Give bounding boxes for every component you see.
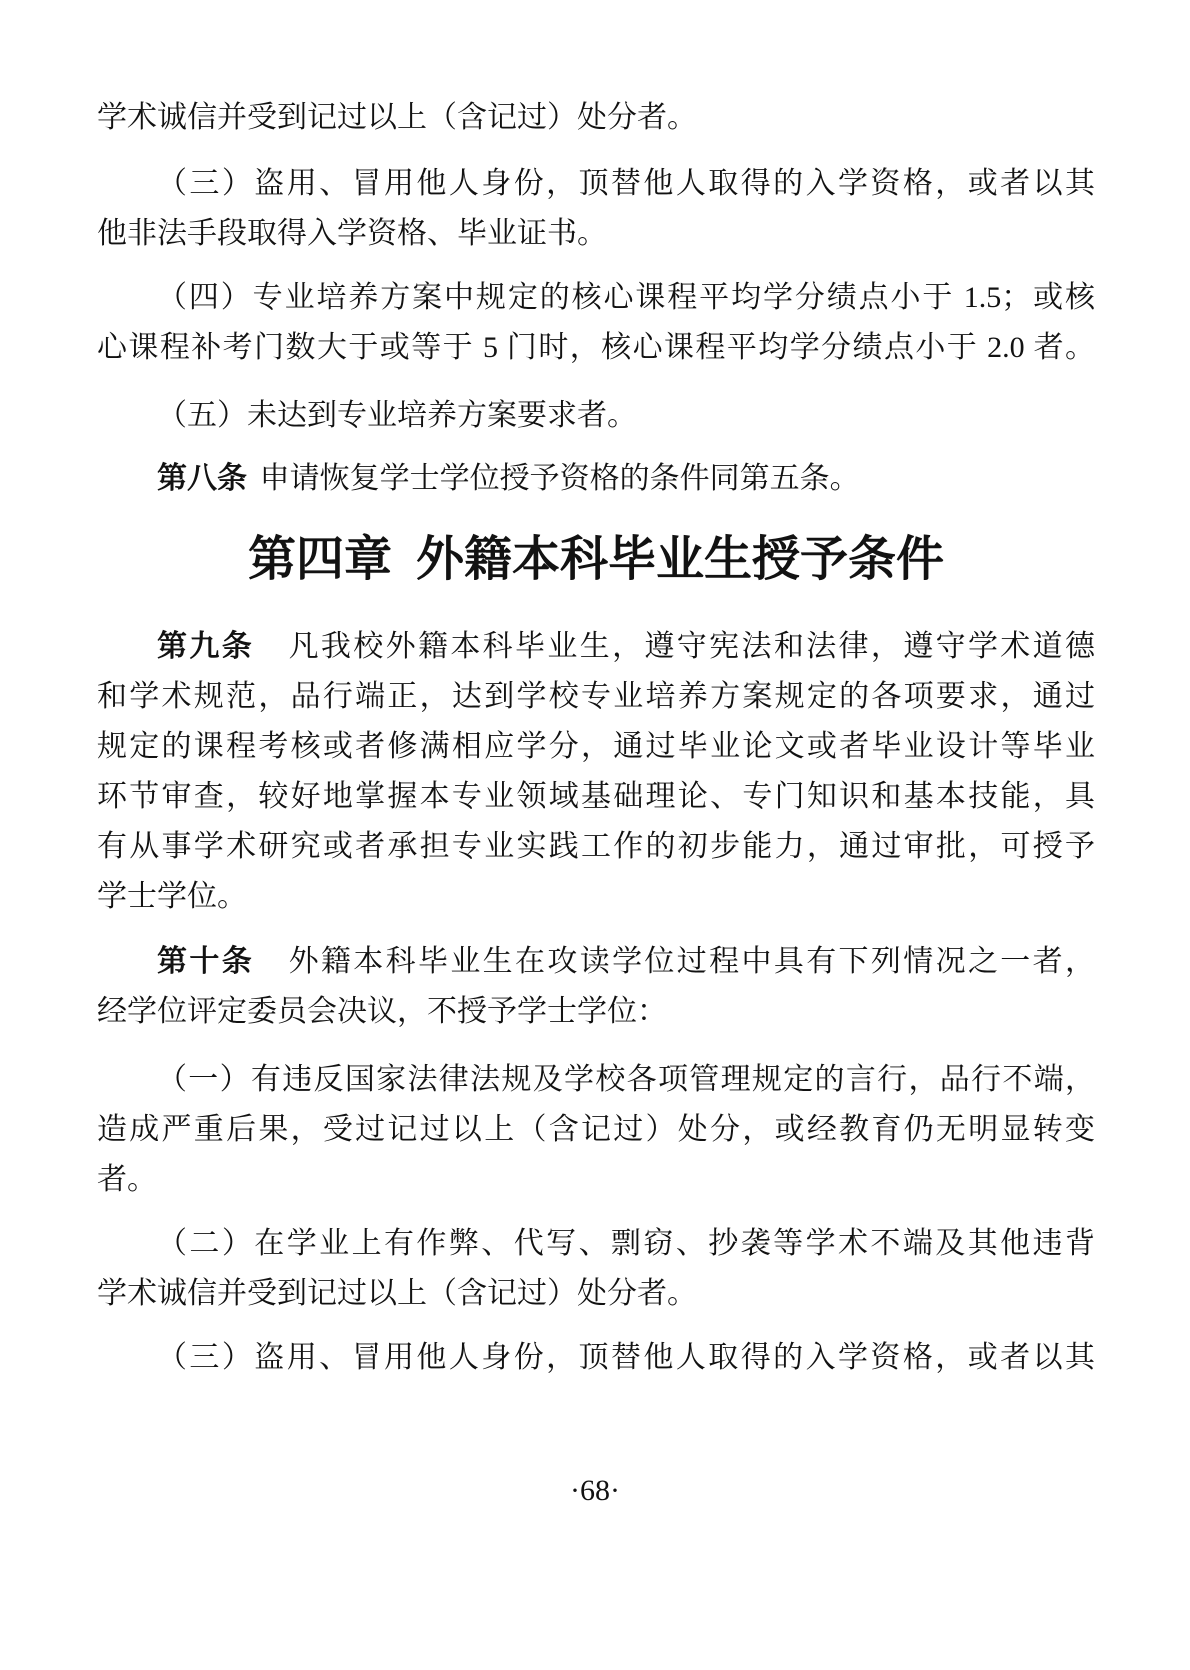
paragraph-line: 第十条外籍本科毕业生在攻读学位过程中具有下列情况之一者，: [97, 937, 1095, 987]
article-label: 第九条: [157, 630, 254, 663]
paragraph-line: （三）盗用、冒用他人身份，顶替他人取得的入学资格，或者以其: [97, 159, 1095, 209]
document-page: 学术诚信并受到记过以上（含记过）处分者。 （三）盗用、冒用他人身份，顶替他人取得…: [0, 0, 1190, 1670]
body-paragraph: 第十条外籍本科毕业生在攻读学位过程中具有下列情况之一者， 经学位评定委员会决议，…: [97, 937, 1095, 1037]
body-paragraph: （二）在学业上有作弊、代写、剽窃、抄袭等学术不端及其他违背 学术诚信并受到记过以…: [97, 1219, 1095, 1319]
paragraph-line: （五）未达到专业培养方案要求者。: [97, 391, 1095, 441]
article-text: 外籍本科毕业生在攻读学位过程中具有下列情况之一者，: [289, 945, 1095, 978]
page-number: ·68·: [0, 1466, 1190, 1516]
paragraph-line: （一）有违反国家法律法规及学校各项管理规定的言行，品行不端，: [97, 1055, 1095, 1105]
body-paragraph: （一）有违反国家法律法规及学校各项管理规定的言行，品行不端， 造成严重后果，受过…: [97, 1055, 1095, 1205]
body-paragraph: （三）盗用、冒用他人身份，顶替他人取得的入学资格，或者以其 他非法手段取得入学资…: [97, 159, 1095, 259]
paragraph-line: 学术诚信并受到记过以上（含记过）处分者。: [97, 93, 1095, 143]
body-paragraph: （四）专业培养方案中规定的核心课程平均学分绩点小于 1.5；或核 心课程补考门数…: [97, 273, 1095, 373]
chapter-title: 外籍本科毕业生授予条件: [416, 533, 944, 586]
article-label: 第十条: [157, 945, 254, 978]
paragraph-line: （二）在学业上有作弊、代写、剽窃、抄袭等学术不端及其他违背: [97, 1219, 1095, 1269]
paragraph-line: 第九条凡我校外籍本科毕业生，遵守宪法和法律，遵守学术道德: [97, 622, 1095, 672]
paragraph-line: 学士学位。: [97, 872, 1095, 922]
paragraph-line: （三）盗用、冒用他人身份，顶替他人取得的入学资格，或者以其: [97, 1333, 1095, 1383]
body-paragraph: 第九条凡我校外籍本科毕业生，遵守宪法和法律，遵守学术道德 和学术规范，品行端正，…: [97, 622, 1095, 922]
paragraph-line: 第八条申请恢复学士学位授予资格的条件同第五条。: [97, 454, 1095, 504]
paragraph-line: 心课程补考门数大于或等于 5 门时，核心课程平均学分绩点小于 2.0 者。: [97, 323, 1095, 373]
paragraph-line: 者。: [97, 1155, 1095, 1205]
chapter-number: 第四章: [248, 533, 392, 586]
paragraph-line: 和学术规范，品行端正，达到学校专业培养方案规定的各项要求，通过: [97, 672, 1095, 722]
article-label: 第八条: [157, 462, 247, 495]
body-paragraph: 第八条申请恢复学士学位授予资格的条件同第五条。: [97, 454, 1095, 504]
page-content: 学术诚信并受到记过以上（含记过）处分者。 （三）盗用、冒用他人身份，顶替他人取得…: [97, 0, 1095, 1383]
body-paragraph: （五）未达到专业培养方案要求者。: [97, 391, 1095, 441]
paragraph-line: 学术诚信并受到记过以上（含记过）处分者。: [97, 1269, 1095, 1319]
paragraph-line: 有从事学术研究或者承担专业实践工作的初步能力，通过审批，可授予: [97, 822, 1095, 872]
paragraph-line: 经学位评定委员会决议，不授予学士学位：: [97, 987, 1095, 1037]
paragraph-line: （四）专业培养方案中规定的核心课程平均学分绩点小于 1.5；或核: [97, 273, 1095, 323]
body-paragraph: 学术诚信并受到记过以上（含记过）处分者。: [97, 93, 1095, 143]
chapter-heading: 第四章外籍本科毕业生授予条件: [97, 529, 1095, 591]
paragraph-line: 环节审查，较好地掌握本专业领域基础理论、专门知识和基本技能，具: [97, 772, 1095, 822]
paragraph-line: 造成严重后果，受过记过以上（含记过）处分，或经教育仍无明显转变: [97, 1105, 1095, 1155]
article-text: 凡我校外籍本科毕业生，遵守宪法和法律，遵守学术道德: [289, 630, 1095, 663]
body-paragraph: （三）盗用、冒用他人身份，顶替他人取得的入学资格，或者以其: [97, 1333, 1095, 1383]
paragraph-line: 他非法手段取得入学资格、毕业证书。: [97, 209, 1095, 259]
article-text: 申请恢复学士学位授予资格的条件同第五条。: [260, 462, 860, 495]
paragraph-line: 规定的课程考核或者修满相应学分，通过毕业论文或者毕业设计等毕业: [97, 722, 1095, 772]
